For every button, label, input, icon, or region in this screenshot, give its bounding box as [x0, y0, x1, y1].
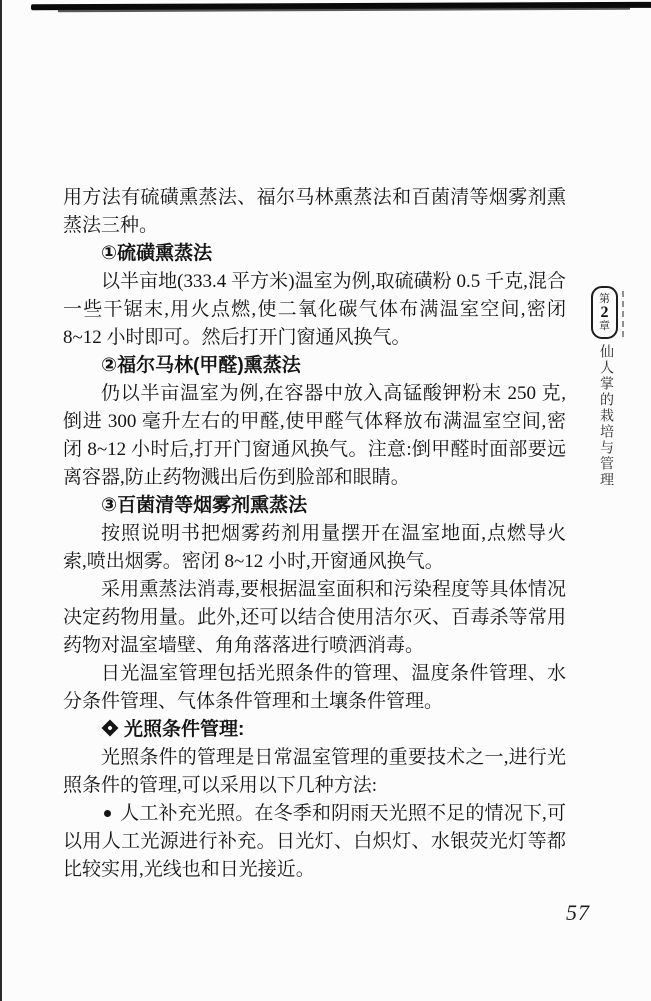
paragraph: 按照说明书把烟雾药剂用量摆开在温室地面,点燃导火索,喷出烟雾。密闭 8~12 小… — [63, 520, 566, 576]
scan-artifact-left-edge — [0, 0, 2, 1001]
paragraph: 以半亩地(333.4 平方米)温室为例,取硫磺粉 0.5 千克,混合一些干锯末,… — [63, 268, 566, 352]
dot-bullet-icon — [104, 810, 111, 817]
bullet-item: 人工补充光照。在冬季和阴雨天光照不足的情况下,可以用人工光源进行补充。日光灯、白… — [63, 800, 566, 884]
chapter-badge-number: 2 — [601, 305, 609, 320]
method-heading: ①硫磺熏蒸法 — [63, 240, 566, 268]
chapter-badge: 第 2 章 — [591, 286, 618, 339]
diamond-bullet-icon — [102, 720, 119, 737]
paragraph: 光照条件的管理是日常温室管理的重要技术之一,进行光照条件的管理,可以采用以下几种… — [63, 744, 566, 800]
method-heading: ②福尔马林(甲醛)熏蒸法 — [63, 352, 566, 380]
paragraph: 采用熏蒸法消毒,要根据温室面积和污染程度等具体情况决定药物用量。此外,还可以结合… — [63, 576, 566, 660]
method-heading: ③百菌清等烟雾剂熏蒸法 — [63, 492, 566, 520]
chapter-badge-dashes — [622, 291, 624, 337]
page-body-text: 用方法有硫磺熏蒸法、福尔马林熏蒸法和百菌清等烟雾剂熏蒸法三种。①硫磺熏蒸法以半亩… — [63, 184, 566, 884]
page-number: 57 — [566, 900, 590, 926]
section-heading: 光照条件管理: — [63, 716, 566, 744]
scanned-book-page: 用方法有硫磺熏蒸法、福尔马林熏蒸法和百菌清等烟雾剂熏蒸法三种。①硫磺熏蒸法以半亩… — [0, 0, 651, 1001]
chapter-badge-suffix: 章 — [599, 320, 610, 332]
paragraph-continuation: 用方法有硫磺熏蒸法、福尔马林熏蒸法和百菌清等烟雾剂熏蒸法三种。 — [63, 184, 566, 240]
paragraph: 仍以半亩温室为例,在容器中放入高锰酸钾粉末 250 克,倒进 300 毫升左右的… — [63, 380, 566, 492]
sidebar-book-title: 仙人掌的栽培与管理 — [595, 344, 615, 504]
paragraph: 日光温室管理包括光照条件的管理、温度条件管理、水分条件管理、气体条件管理和土壤条… — [63, 660, 566, 716]
